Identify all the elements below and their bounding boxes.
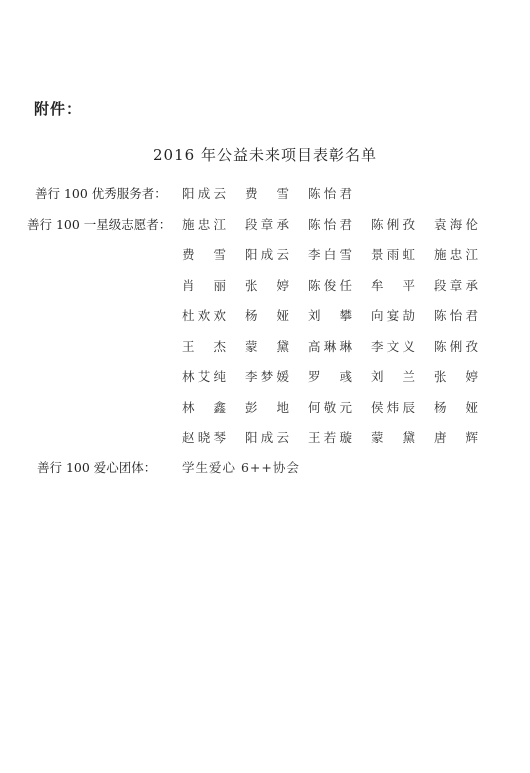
- name-cell: 陈怡君: [434, 306, 478, 324]
- name-cell: 高琳琳: [308, 337, 352, 355]
- name-cell: 蒙 黛: [245, 337, 289, 355]
- group-section: 善行 100 爱心团体： 学生爱心 6++协会: [0, 458, 530, 478]
- name-cell: 王 杰: [182, 337, 226, 355]
- group-section-label: 善行 100 爱心团体：: [37, 458, 156, 476]
- volunteers-row: 费 雪 阳成云 李白雪 景雨虹 施忠江: [0, 245, 530, 265]
- volunteers-row: 林 鑫 彭 地 何敬元 侯炜辰 杨 娅: [0, 398, 530, 418]
- name-cell: 施忠江: [182, 215, 226, 233]
- volunteers-row: 杜欢欢 杨 娅 刘 攀 向宴劼 陈怡君: [0, 306, 530, 326]
- name-cell: 陈俐孜: [434, 337, 478, 355]
- name-cell: 罗 彧: [308, 367, 352, 385]
- name-cell: 阳成云: [182, 184, 226, 202]
- name-cell: 唐 辉: [434, 428, 478, 446]
- volunteers-section-label: 善行 100 一星级志愿者：: [27, 215, 171, 233]
- name-cell: 赵晓琴: [182, 428, 226, 446]
- volunteers-row: 王 杰 蒙 黛 高琳琳 李文义 陈俐孜: [0, 337, 530, 357]
- volunteers-row: 善行 100 一星级志愿者： 施忠江 段章承 陈怡君 陈俐孜 袁海伦: [0, 215, 530, 235]
- name-cell: 刘 兰: [371, 367, 415, 385]
- name-cell: 袁海伦: [434, 215, 478, 233]
- name-cell: 向宴劼: [371, 306, 415, 324]
- name-cell: 侯炜辰: [371, 398, 415, 416]
- attachment-label: 附件：: [34, 98, 82, 119]
- volunteers-row: 林艾纯 李梦媛 罗 彧 刘 兰 张 婷: [0, 367, 530, 387]
- name-cell: 阳成云: [245, 245, 289, 263]
- name-cell: 杨 娅: [245, 306, 289, 324]
- name-cell: 李梦媛: [245, 367, 289, 385]
- name-cell: 林 鑫: [182, 398, 226, 416]
- name-cell: 李文义: [371, 337, 415, 355]
- name-cell: 杨 娅: [434, 398, 478, 416]
- name-cell: 段章承: [434, 276, 478, 294]
- name-cell: 费 雪: [182, 245, 226, 263]
- name-cell: 牟 平: [371, 276, 415, 294]
- name-cell: 杜欢欢: [182, 306, 226, 324]
- name-cell: 何敬元: [308, 398, 352, 416]
- name-cell: 施忠江: [434, 245, 478, 263]
- name-cell: 陈俊任: [308, 276, 352, 294]
- name-cell: 张 婷: [245, 276, 289, 294]
- name-cell: 段章承: [245, 215, 289, 233]
- volunteers-row: 肖 丽 张 婷 陈俊任 牟 平 段章承: [0, 276, 530, 296]
- service-section: 善行 100 优秀服务者： 阳成云 费 雪 陈怡君: [0, 184, 530, 204]
- name-cell: 林艾纯: [182, 367, 226, 385]
- volunteers-row: 赵晓琴 阳成云 王若璇 蒙 黛 唐 辉: [0, 428, 530, 448]
- name-cell: 张 婷: [434, 367, 478, 385]
- name-cell: 景雨虹: [371, 245, 415, 263]
- name-cell: 陈怡君: [308, 184, 352, 202]
- name-cell: 李白雪: [308, 245, 352, 263]
- name-cell: 陈怡君: [308, 215, 352, 233]
- name-cell: 彭 地: [245, 398, 289, 416]
- name-cell: 陈俐孜: [371, 215, 415, 233]
- service-section-label: 善行 100 优秀服务者：: [35, 184, 167, 202]
- organization-name: 学生爱心 6++协会: [182, 458, 300, 476]
- name-cell: 费 雪: [245, 184, 289, 202]
- name-cell: 肖 丽: [182, 276, 226, 294]
- name-cell: 阳成云: [245, 428, 289, 446]
- name-cell: 蒙 黛: [371, 428, 415, 446]
- document-title: 2016 年公益未来项目表彰名单: [0, 144, 530, 165]
- name-cell: 王若璇: [308, 428, 352, 446]
- name-cell: 刘 攀: [308, 306, 352, 324]
